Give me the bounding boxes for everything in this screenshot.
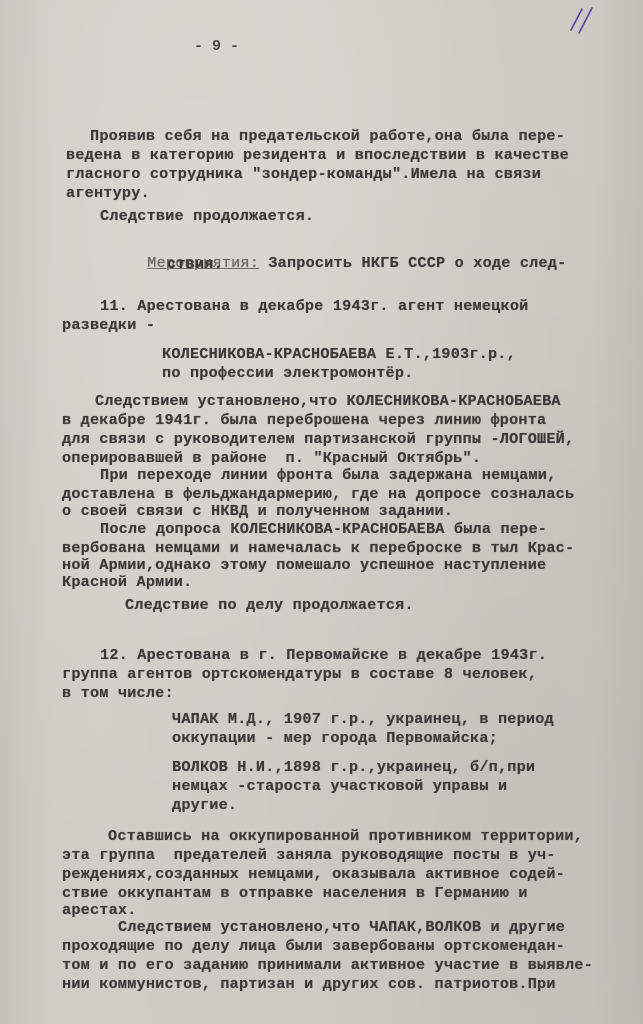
text-line: разведки - xyxy=(62,316,155,334)
text-line: проходящие по делу лица были завербованы… xyxy=(62,937,565,955)
investigation-status: Следствие по делу продолжается. xyxy=(125,596,414,614)
investigation-status: Следствие продолжается. xyxy=(100,207,314,225)
text-line: ствия. xyxy=(167,255,223,273)
suspect-name: КОЛЕСНИКОВА-КРАСНОБАЕВА Е.Т.,1903г.р., xyxy=(162,345,516,363)
text-line: ной Армии,однако этому помешало успешное… xyxy=(62,556,546,574)
text-line: группа агентов ортскомендатуры в составе… xyxy=(62,665,537,683)
text-line: другие. xyxy=(172,796,237,814)
text-line: ведена в категорию резидента и впоследст… xyxy=(66,146,569,164)
text-line: в декабре 1941г. была переброшена через … xyxy=(62,411,546,429)
text-line: При переходе линии фронта была задержана… xyxy=(100,466,556,484)
document-page: - 9 - Проявив себя на предательской рабо… xyxy=(0,0,643,1024)
text-line: Следствием установлено,что ЧАПАК,ВОЛКОВ … xyxy=(118,918,565,936)
suspect-name: ВОЛКОВ Н.И.,1898 г.р.,украинец, б/п,при xyxy=(172,758,535,776)
text-line: Оставшись на оккупированной противником … xyxy=(108,827,583,845)
suspect-name: ЧАПАК М.Д., 1907 г.р., украинец, в перио… xyxy=(172,710,554,728)
measures-text: Запросить НКГБ СССР о ходе след- xyxy=(259,254,566,272)
text-line: эта группа предателей заняла руководящие… xyxy=(62,846,556,864)
text-line: том и по его заданию принимали активное … xyxy=(62,956,593,974)
text-line: Следствием установлено,что КОЛЕСНИКОВА-К… xyxy=(95,392,561,410)
text-line: по профессии электромонтёр. xyxy=(162,364,413,382)
text-line: Проявив себя на предательской работе,она… xyxy=(90,127,565,145)
handwritten-margin-mark-icon xyxy=(568,6,598,36)
text-line: немцах -староста участковой управы и xyxy=(172,777,507,795)
text-line: в том числе: xyxy=(62,684,174,702)
page-number: - 9 - xyxy=(194,38,239,55)
text-line: доставлена в фельджандармерию, где на до… xyxy=(62,485,574,503)
text-line: агентуру. xyxy=(66,184,150,202)
text-line: арестах. xyxy=(62,901,137,919)
text-line: После допроса КОЛЕСНИКОВА-КРАСНОБАЕВА бы… xyxy=(100,520,547,538)
case-12-heading: 12. Арестована в г. Первомайске в декабр… xyxy=(100,646,547,664)
text-line: о своей связи с НКВД и полученном задани… xyxy=(62,502,453,520)
text-line: для связи с руководителем партизанской г… xyxy=(62,430,574,448)
text-line: реждениях,созданных немцами, оказывала а… xyxy=(62,865,565,883)
text-line: Красной Армии. xyxy=(62,573,192,591)
text-line: оперировавшей в районе п. "Красный Октяб… xyxy=(62,449,481,467)
text-line: вербована немцами и намечалась к перебро… xyxy=(62,539,574,557)
case-11-heading: 11. Арестована в декабре 1943г. агент не… xyxy=(100,297,528,315)
text-line: ствие оккупантам в отправке населения в … xyxy=(62,884,528,902)
text-line: оккупации - мер города Первомайска; xyxy=(172,729,498,747)
text-line: гласного сотрудника "зондер-команды".Име… xyxy=(66,165,541,183)
text-line: нии коммунистов, партизан и других сов. … xyxy=(62,975,556,993)
